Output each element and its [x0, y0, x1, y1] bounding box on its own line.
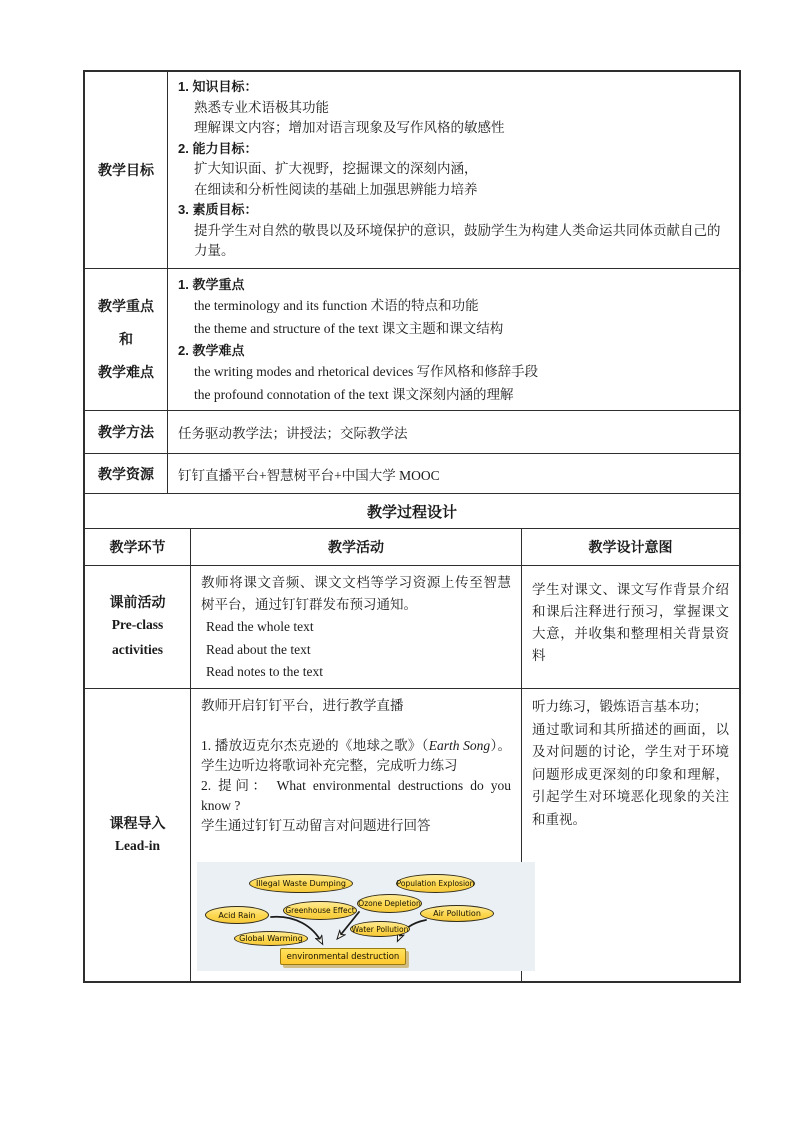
row-key-difficult-points: 教学重点 和 教学难点 1. 教学重点 the terminology and …	[85, 268, 739, 410]
preclass-intent-cell: 学生对课文、课文写作背景介绍和课后注释进行预习，掌握课文大意，并收集和整理相关背…	[521, 566, 739, 688]
column-header-intent: 教学设计意图	[521, 529, 739, 565]
row-teaching-methods: 教学方法 任务驱动教学法；讲授法；交际教学法	[85, 410, 739, 453]
ability-goal-heading: 2. 能力目标：	[178, 139, 731, 160]
bubble-global-warming: Global Warming	[234, 931, 308, 946]
objectives-label-cell: 教学目标	[85, 72, 167, 268]
preclass-activity-intro: 教师将课文音频、课文文档等学习资源上传至智慧树平台，通过钉钉群发布预习通知。	[201, 572, 511, 615]
keypoints-label-line: 教学重点	[98, 290, 154, 323]
preclass-task: Read notes to the text	[201, 661, 511, 683]
bubble-illegal-waste-dumping: Illegal Waste Dumping	[249, 874, 353, 893]
keypoints-content-cell: 1. 教学重点 the terminology and its function…	[167, 269, 739, 410]
leadin-intent-line2: 通过歌词和其所描述的画面，以及对问题的讨论，学生对于环境问题形成更深刻的印象和理…	[532, 719, 729, 832]
bubble-greenhouse-effect: Greenhouse Effect	[283, 901, 357, 920]
preclass-activities-cell: 教师将课文音频、课文文档等学习资源上传至智慧树平台，通过钉钉群发布预习通知。 R…	[190, 566, 521, 688]
objectives-label: 教学目标	[98, 160, 154, 180]
row-lead-in: 课程导入 Lead-in 教师开启钉钉平台，进行教学直播 1. 播放迈克尔杰克逊…	[85, 688, 739, 981]
preclass-stage-cn: 课前活动	[110, 592, 166, 612]
keypoints-label-line: 和	[119, 323, 133, 356]
bubble-acid-rain: Acid Rain	[205, 906, 269, 924]
methods-label-cell: 教学方法	[85, 411, 167, 453]
bubble-water-pollution: Water Pollution	[350, 921, 410, 937]
environmental-destruction-diagram: Illegal Waste Dumping Population Explosi…	[197, 862, 535, 971]
key-points-line: the terminology and its function 术语的特点和功…	[178, 295, 731, 318]
resources-label-cell: 教学资源	[85, 454, 167, 493]
ability-goal-line: 在细读和分析性阅读的基础上加强思辨能力培养	[178, 180, 731, 201]
leadin-intent-line1: 听力练习，锻炼语言基本功；	[532, 696, 729, 719]
leadin-song-text: 1. 播放迈克尔杰克逊的《地球之歌》（	[201, 738, 429, 753]
column-header-stage: 教学环节	[85, 529, 190, 565]
process-section-title: 教学过程设计	[85, 494, 739, 528]
row-teaching-resources: 教学资源 钉钉直播平台+智慧树平台+中国大学 MOOC	[85, 453, 739, 493]
leadin-intent-cell: 听力练习，锻炼语言基本功； 通过歌词和其所描述的画面，以及对问题的讨论，学生对于…	[521, 689, 739, 981]
row-pre-class: 课前活动 Pre-class activities 教师将课文音频、课文文档等学…	[85, 565, 739, 688]
leadin-song-activity: 1. 播放迈克尔杰克逊的《地球之歌》（Earth Song）。学生边听边将歌词补…	[201, 736, 511, 776]
knowledge-goal-heading: 1. 知识目标：	[178, 77, 731, 98]
environmental-destruction-box: environmental destruction	[280, 948, 406, 965]
methods-label: 教学方法	[98, 422, 154, 442]
key-points-heading: 1. 教学重点	[178, 274, 731, 295]
methods-text: 任务驱动教学法；讲授法；交际教学法	[178, 422, 408, 442]
leadin-answer-line: 学生通过钉钉互动留言对问题进行回答	[201, 816, 511, 836]
difficult-points-line: the profound connotation of the text 课文深…	[178, 384, 731, 407]
row-process-headers: 教学环节 教学活动 教学设计意图	[85, 528, 739, 565]
leadin-stage-en: Lead-in	[96, 833, 180, 858]
leadin-song-title-en: Earth Song	[429, 738, 490, 753]
keypoints-label-line: 教学难点	[98, 356, 154, 389]
resources-content-cell: 钉钉直播平台+智慧树平台+中国大学 MOOC	[167, 454, 739, 493]
knowledge-goal-line: 理解课文内容；增加对语言现象及写作风格的敏感性	[178, 118, 731, 139]
quality-goal-line: 提升学生对自然的敬畏以及环境保护的意识，鼓励学生为构建人类命运共同体贡献自己的力…	[178, 221, 731, 262]
methods-content-cell: 任务驱动教学法；讲授法；交际教学法	[167, 411, 739, 453]
preclass-intent-text: 学生对课文、课文写作背景介绍和课后注释进行预习，掌握课文大意，并收集和整理相关背…	[532, 579, 729, 667]
document-page: 教学目标 1. 知识目标： 熟悉专业术语极其功能 理解课文内容；增加对语言现象及…	[0, 0, 794, 1123]
difficult-points-line: the writing modes and rhetorical devices…	[178, 361, 731, 384]
resources-label: 教学资源	[98, 464, 154, 484]
keypoints-label-cell: 教学重点 和 教学难点	[85, 269, 167, 410]
row-process-title: 教学过程设计	[85, 493, 739, 528]
objectives-content-cell: 1. 知识目标： 熟悉专业术语极其功能 理解课文内容；增加对语言现象及写作风格的…	[167, 72, 739, 268]
preclass-stage-cell: 课前活动 Pre-class activities	[85, 566, 190, 688]
preclass-task: Read the whole text	[201, 616, 511, 638]
row-teaching-objectives: 教学目标 1. 知识目标： 熟悉专业术语极其功能 理解课文内容；增加对语言现象及…	[85, 72, 739, 268]
quality-goal-heading: 3. 素质目标：	[178, 200, 731, 221]
resources-text: 钉钉直播平台+智慧树平台+中国大学 MOOC	[178, 464, 440, 484]
column-header-activity: 教学活动	[190, 529, 521, 565]
preclass-task: Read about the text	[201, 639, 511, 661]
leadin-stage-cn: 课程导入	[110, 813, 166, 833]
lesson-plan-table: 教学目标 1. 知识目标： 熟悉专业术语极其功能 理解课文内容；增加对语言现象及…	[83, 70, 741, 983]
key-points-line: the theme and structure of the text 课文主题…	[178, 318, 731, 341]
ability-goal-line: 扩大知识面、扩大视野，挖掘课文的深刻内涵，	[178, 159, 731, 180]
preclass-stage-en: Pre-class activities	[96, 612, 180, 662]
bubble-ozone-depletion: Ozone Depletion	[357, 894, 422, 913]
bubble-population-explosion: Population Explosion	[396, 874, 475, 893]
leadin-question: 2. 提问： What environmental destructions d…	[201, 776, 511, 816]
bubble-air-pollution: Air Pollution	[420, 905, 494, 922]
leadin-live-line: 教师开启钉钉平台，进行教学直播	[201, 696, 511, 716]
leadin-stage-cell: 课程导入 Lead-in	[85, 689, 190, 981]
difficult-points-heading: 2. 教学难点	[178, 340, 731, 361]
knowledge-goal-line: 熟悉专业术语极其功能	[178, 98, 731, 119]
